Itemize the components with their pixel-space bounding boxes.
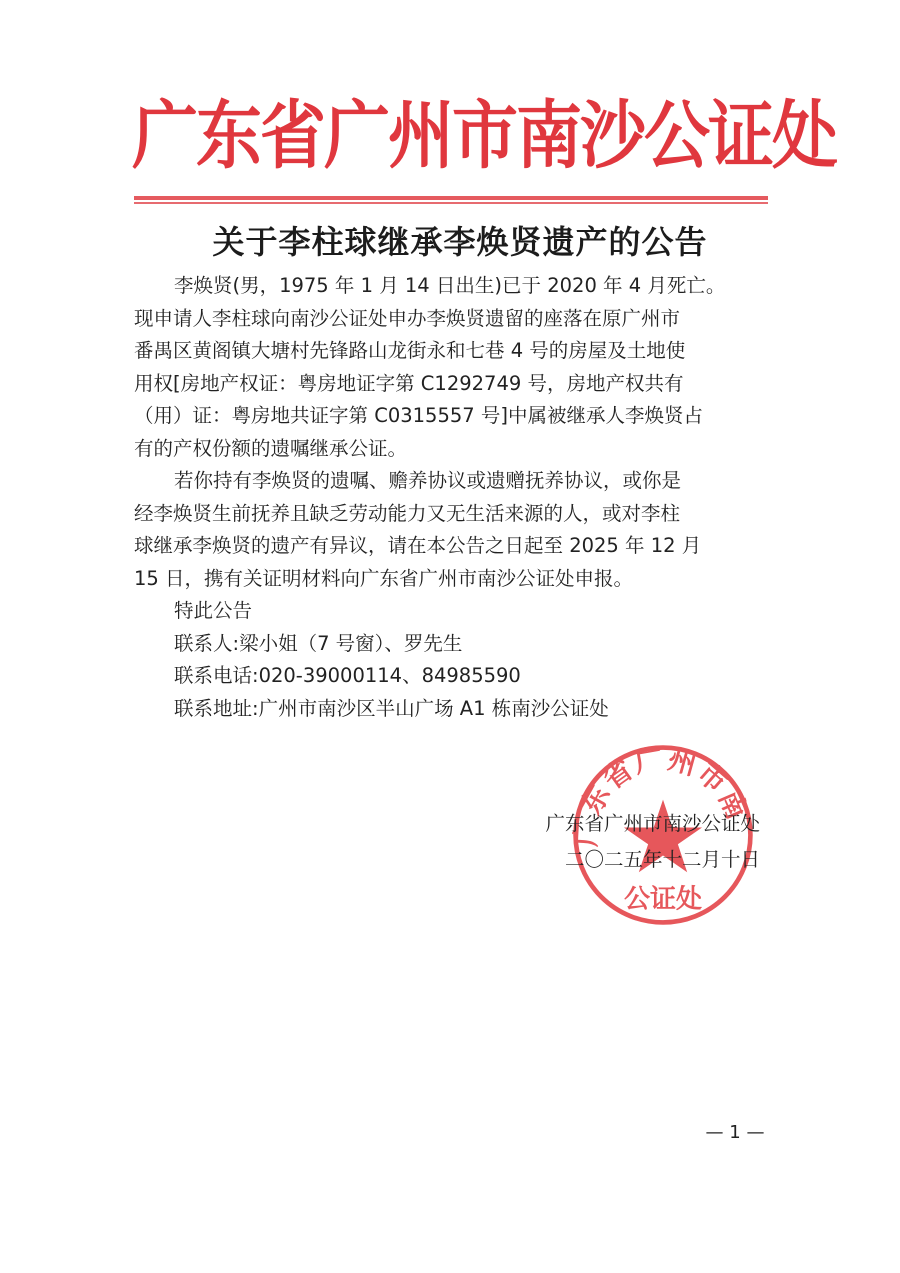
text-line: 用权[房地产权证：粤房地证字第 C1292749 号，房地产权共有	[134, 368, 774, 401]
issuer-name: 广东省广州市南沙公证处	[500, 806, 760, 842]
text-line: 经李焕贤生前抚养且缺乏劳动能力又无生活来源的人，或对李柱	[134, 498, 774, 531]
closing-remark: 特此公告	[134, 595, 774, 628]
issue-date: 二〇二五年十二月十日	[500, 842, 760, 878]
contact-person: 联系人:梁小姐（7 号窗）、罗先生	[134, 628, 774, 661]
text-line: 若你持有李焕贤的遗嘱、赡养协议或遗赠抚养协议，或你是	[134, 465, 774, 498]
text-line: 李焕贤(男，1975 年 1 月 14 日出生)已于 2020 年 4 月死亡。	[134, 270, 774, 303]
text-line: 番禺区黄阁镇大塘村先锋路山龙街永和七巷 4 号的房屋及土地使	[134, 335, 774, 368]
text-line: 球继承李焕贤的遗产有异议，请在本公告之日起至 2025 年 12 月	[134, 530, 774, 563]
contact-address: 联系地址:广州市南沙区半山广场 A1 栋南沙公证处	[134, 693, 774, 726]
red-divider	[134, 196, 768, 204]
document-title: 关于李柱球继承李焕贤遗产的公告	[140, 222, 780, 262]
paragraph-announcement: 李焕贤(男，1975 年 1 月 14 日出生)已于 2020 年 4 月死亡。…	[134, 270, 774, 465]
document-page: 广东省广州市南沙公证处 关于李柱球继承李焕贤遗产的公告 李焕贤(男，1975 年…	[0, 0, 900, 1273]
document-body: 李焕贤(男，1975 年 1 月 14 日出生)已于 2020 年 4 月死亡。…	[134, 270, 774, 725]
text-line: 15 日，携有关证明材料向广东省广州市南沙公证处申报。	[134, 563, 774, 596]
text-line: 有的产权份额的遗嘱继承公证。	[134, 433, 774, 466]
contact-phone: 联系电话:020-39000114、84985590	[134, 660, 774, 693]
text-line: 现申请人李柱球向南沙公证处申办李焕贤遗留的座落在原广州市	[134, 303, 774, 336]
svg-text:公证处: 公证处	[624, 885, 702, 915]
text-line: （用）证：粤房地共证字第 C0315557 号]中属被继承人李焕贤占	[134, 400, 774, 433]
page-number: — 1 —	[690, 1122, 780, 1143]
masthead-title: 广东省广州市南沙公证处	[132, 88, 772, 182]
signature-block: 广东省广州市南沙公证处 二〇二五年十二月十日	[500, 806, 760, 878]
paragraph-objection-notice: 若你持有李焕贤的遗嘱、赡养协议或遗赠抚养协议，或你是 经李焕贤生前抚养且缺乏劳动…	[134, 465, 774, 595]
